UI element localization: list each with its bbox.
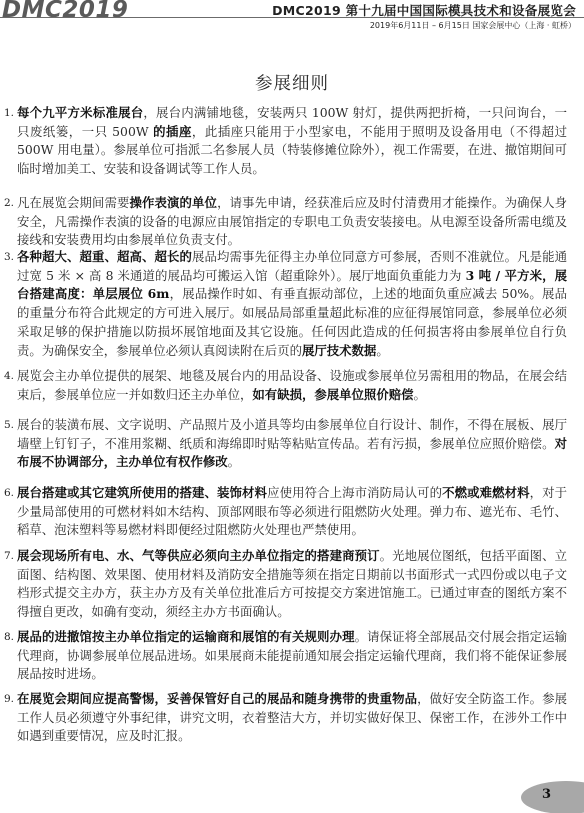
page-number: 3 [542,787,551,802]
emphasized-text: 不燃或难燃材料 [442,485,530,500]
emphasized-text: 展品的进撤馆按主办单位指定的运输商和展馆的有关规则办理 [17,629,355,644]
rule-number: 8. [4,628,14,647]
emphasized-text: 展厅技术数据 [302,343,376,358]
body-text: 。 [376,343,388,358]
event-title: DMC2019 第十九届中国国际模具技术和设备展览会 [272,1,576,19]
rule-text: 展台的装潢布展、文字说明、产品照片及小道具等均由参展单位自行设计、制作，不得在展… [17,416,567,472]
rule-number: 7. [4,547,14,566]
emphasized-text: 展台搭建或其它建筑所使用的搭建、装饰材料 [17,485,267,500]
emphasized-text: 操作表演的单位 [130,195,218,210]
rule-number: 2. [4,194,14,213]
rule-text: 各种超大、超重、超高、超长的展品均需事先征得主办单位同意方可参展，否则不准就位。… [17,248,567,360]
emphasized-text: 在展览会期间应提高警惕，妥善保管好自己的展品和随身携带的贵重物品 [17,691,417,706]
rule-text: 展览会主办单位提供的展架、地毯及展台内的用品设备、设施或参展单位另需租用的物品，… [17,367,567,404]
rule-text: 展品的进撤馆按主办单位指定的运输商和展馆的有关规则办理。请保证将全部展品交付展会… [17,628,567,684]
emphasized-text: 各种超大、超重、超高、超长的 [17,249,192,264]
rule-number: 9. [4,690,14,709]
body-text: 应使用符合上海市消防局认可的 [267,485,442,500]
body-text: 凡在展览会期间需要 [17,195,130,210]
page-number-badge [521,781,584,813]
rule-number: 1. [4,104,14,123]
emphasized-text: 如有缺损，参展单位照价赔偿 [252,387,413,402]
rule-number: 6. [4,484,14,503]
rule-number: 4. [4,367,14,386]
emphasized-text: 每个九平方米标准展台 [17,105,143,120]
rule-text: 每个九平方米标准展台，展台内满铺地毯，安装两只 100W 射灯，提供两把折椅，一… [17,104,567,179]
body-text: 。 [414,387,426,402]
rule-text: 展会现场所有电、水、气等供应必须向主办单位指定的搭建商预订。光地展位图纸，包括平… [17,547,567,622]
emphasized-text: 展会现场所有电、水、气等供应必须向主办单位指定的搭建商预订 [17,548,380,563]
rule-number: 5. [4,416,14,435]
body-text: 。 [228,454,240,469]
body-text: 展台的装潢布展、文字说明、产品照片及小道具等均由参展单位自行设计、制作，不得在展… [17,417,567,451]
page-header: DMC2019 DMC2019 第十九届中国国际模具技术和设备展览会 2019年… [0,0,584,36]
rule-number: 3. [4,248,14,267]
rule-text: 凡在展览会期间需要操作表演的单位，请事先申请，经获准后应及时付清费用才能操作。为… [17,194,567,250]
emphasized-text: 的插座 [153,124,192,139]
page-title: 参展细则 [0,70,584,95]
event-date-venue: 2019年6月11日 – 6月15日 国家会展中心（上海 · 虹桥） [370,20,576,31]
dmc-logo: DMC2019 [2,0,128,23]
rule-text: 展台搭建或其它建筑所使用的搭建、装饰材料应使用符合上海市消防局认可的不燃或难燃材… [17,484,567,540]
rule-text: 在展览会期间应提高警惕，妥善保管好自己的展品和随身携带的贵重物品，做好安全防盗工… [17,690,567,746]
